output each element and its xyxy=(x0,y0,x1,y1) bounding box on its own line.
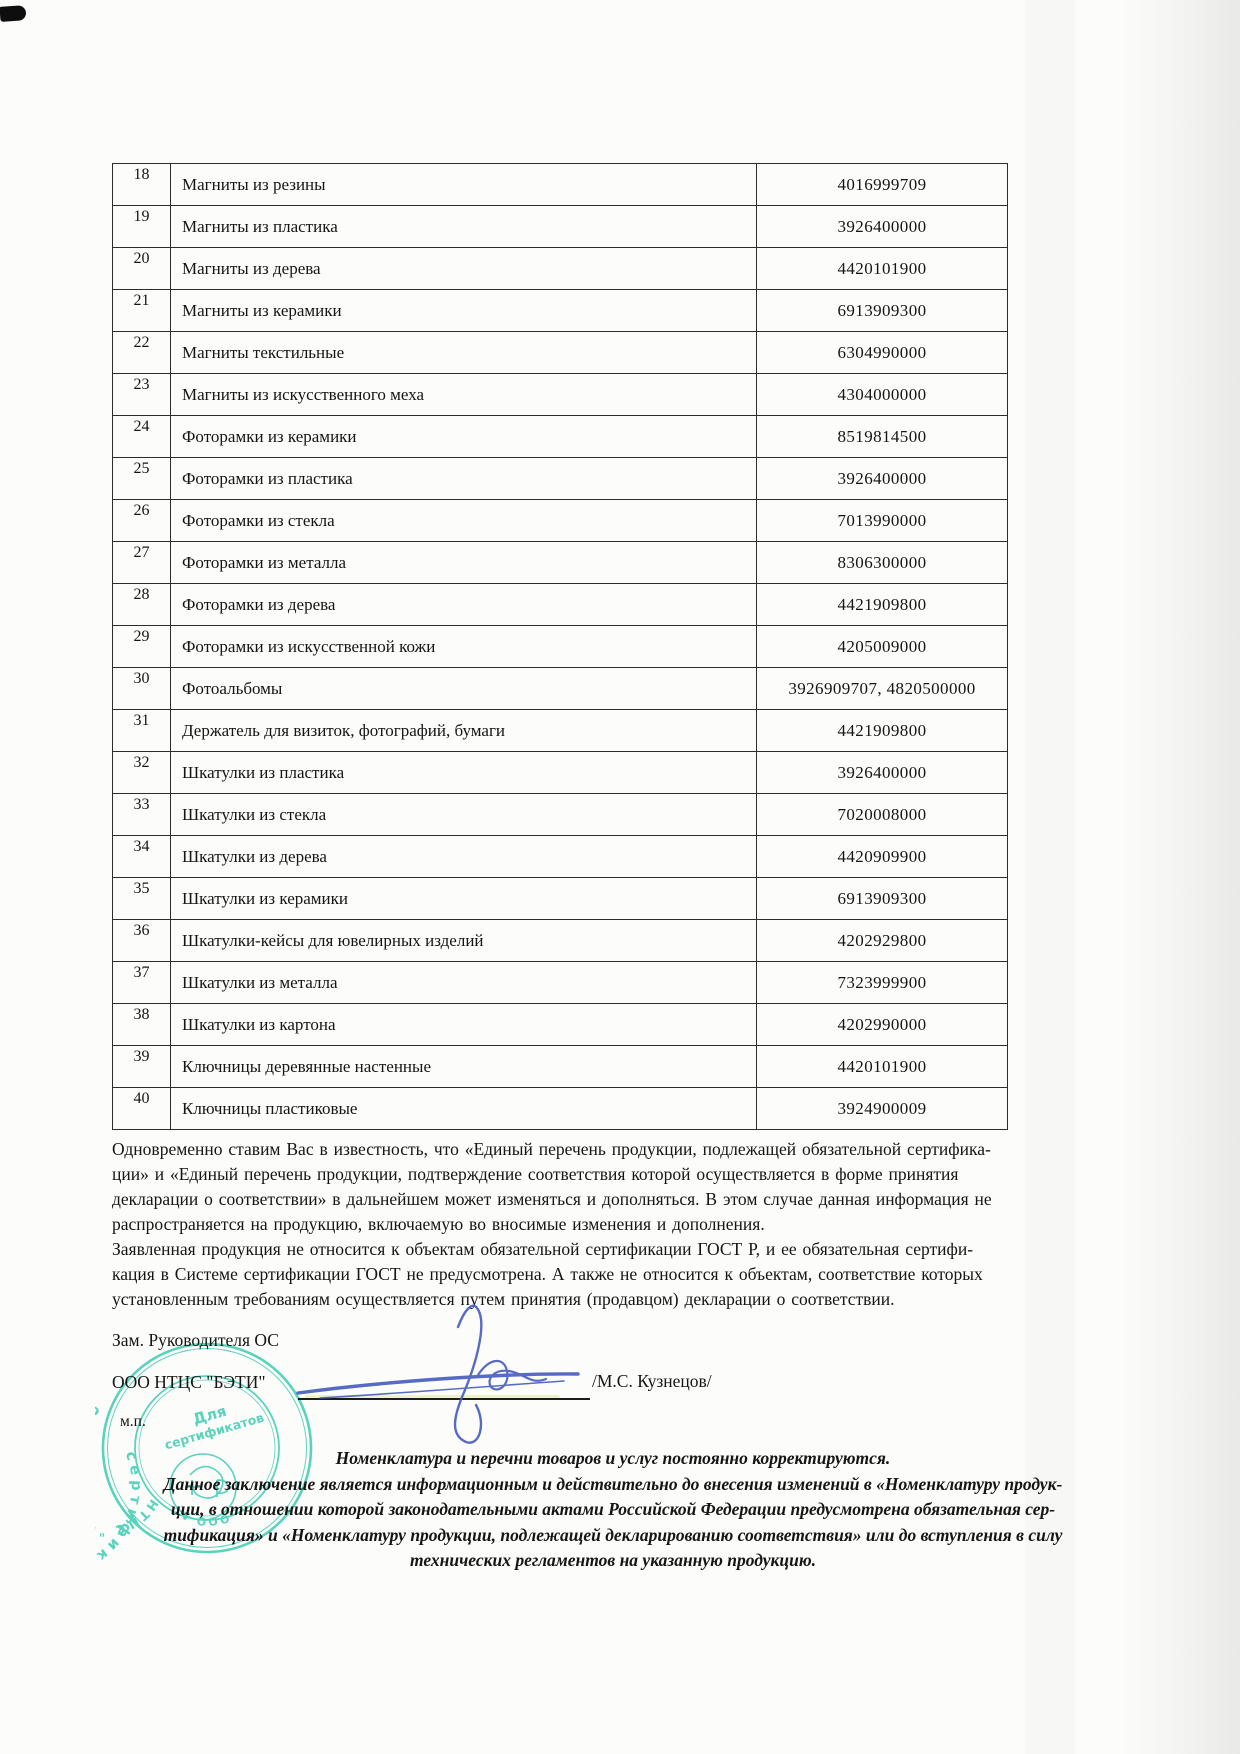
table-row: 28Фоторамки из дерева4421909800 xyxy=(113,584,1008,626)
text-line: декларации о соответствии» в дальнейшем … xyxy=(112,1187,1112,1212)
cell-name: Шкатулки из металла xyxy=(171,962,757,1004)
table-row: 20Магниты из дерева4420101900 xyxy=(113,248,1008,290)
stamp-middle-ring-inner xyxy=(139,1380,275,1516)
cell-code: 4202990000 xyxy=(757,1004,1008,1046)
table-row: 29Фоторамки из искусственной кожи4205009… xyxy=(113,626,1008,668)
cell-num: 18 xyxy=(113,164,171,206)
cell-num: 30 xyxy=(113,668,171,710)
stamp-emblem-circle xyxy=(170,1454,236,1520)
cell-name: Магниты из пластика xyxy=(171,206,757,248)
table-row: 21Магниты из керамики6913909300 xyxy=(113,290,1008,332)
cell-name: Магниты текстильные xyxy=(171,332,757,374)
cell-num: 40 xyxy=(113,1088,171,1130)
cell-name: Шкатулки-кейсы для ювелирных изделий xyxy=(171,920,757,962)
text-line: распространяется на продукцию, включаему… xyxy=(112,1212,1112,1237)
cell-code: 3926400000 xyxy=(757,752,1008,794)
cell-code: 8519814500 xyxy=(757,416,1008,458)
cell-code: 4420909900 xyxy=(757,836,1008,878)
stamp-bottom-text: • ООО • xyxy=(179,1504,249,1529)
cell-name: Шкатулки из керамики xyxy=(171,878,757,920)
cell-num: 34 xyxy=(113,836,171,878)
text-line: ции» и «Единый перечень продукции, подтв… xyxy=(112,1162,1112,1187)
table-row: 30Фотоальбомы3926909707, 4820500000 xyxy=(113,668,1008,710)
signature-echo-stroke xyxy=(320,1381,564,1398)
cell-code: 4421909800 xyxy=(757,584,1008,626)
cell-num: 22 xyxy=(113,332,171,374)
cell-code: 4420101900 xyxy=(757,1046,1008,1088)
cell-name: Ключницы пластиковые xyxy=(171,1088,757,1130)
text-line: Одновременно ставим Вас в известность, ч… xyxy=(112,1137,1112,1162)
cell-name: Фоторамки из искусственной кожи xyxy=(171,626,757,668)
cell-num: 26 xyxy=(113,500,171,542)
table-row: 40Ключницы пластиковые3924900009 xyxy=(113,1088,1008,1130)
cell-code: 6304990000 xyxy=(757,332,1008,374)
cell-code: 4304000000 xyxy=(757,374,1008,416)
cell-name: Фоторамки из металла xyxy=(171,542,757,584)
product-codes-table: 18Магниты из резины401699970919Магниты и… xyxy=(112,163,1008,1130)
cell-name: Магниты из дерева xyxy=(171,248,757,290)
cell-code: 4420101900 xyxy=(757,248,1008,290)
cell-code: 7013990000 xyxy=(757,500,1008,542)
cell-name: Магниты из керамики xyxy=(171,290,757,332)
scan-shadow-right xyxy=(1120,0,1240,1754)
cell-name: Шкатулки из стекла xyxy=(171,794,757,836)
cell-code: 3926400000 xyxy=(757,206,1008,248)
cell-num: 19 xyxy=(113,206,171,248)
cell-name: Магниты из искусственного меха xyxy=(171,374,757,416)
cell-num: 37 xyxy=(113,962,171,1004)
cell-name: Фотоальбомы xyxy=(171,668,757,710)
cell-code: 3924900009 xyxy=(757,1088,1008,1130)
table-row: 35Шкатулки из керамики6913909300 xyxy=(113,878,1008,920)
table-row: 24Фоторамки из керамики8519814500 xyxy=(113,416,1008,458)
table-row: 39Ключницы деревянные настенные442010190… xyxy=(113,1046,1008,1088)
cell-num: 23 xyxy=(113,374,171,416)
table-row: 38Шкатулки из картона4202990000 xyxy=(113,1004,1008,1046)
cell-name: Фоторамки из пластика xyxy=(171,458,757,500)
scan-artifact-mark xyxy=(0,5,26,22)
cell-num: 27 xyxy=(113,542,171,584)
certification-notes: Одновременно ставим Вас в известность, ч… xyxy=(112,1137,1112,1312)
table-row: 26Фоторамки из стекла7013990000 xyxy=(113,500,1008,542)
cell-num: 32 xyxy=(113,752,171,794)
table-row: 18Магниты из резины4016999709 xyxy=(113,164,1008,206)
table-row: 27Фоторамки из металла8306300000 xyxy=(113,542,1008,584)
cell-num: 24 xyxy=(113,416,171,458)
cell-code: 8306300000 xyxy=(757,542,1008,584)
cell-num: 21 xyxy=(113,290,171,332)
text-line: кация в Системе сертификации ГОСТ не пре… xyxy=(112,1262,1112,1287)
table-row: 32Шкатулки из пластика3926400000 xyxy=(113,752,1008,794)
cell-name: Фоторамки из керамики xyxy=(171,416,757,458)
table-row: 22Магниты текстильные6304990000 xyxy=(113,332,1008,374)
cell-code: 7020008000 xyxy=(757,794,1008,836)
table-row: 37Шкатулки из металла7323999900 xyxy=(113,962,1008,1004)
text-line: установленным требованиям осуществляется… xyxy=(112,1287,1112,1312)
handwritten-signature xyxy=(280,1295,600,1460)
cell-name: Шкатулки из дерева xyxy=(171,836,757,878)
cell-code: 4421909800 xyxy=(757,710,1008,752)
cell-name: Шкатулки из картона xyxy=(171,1004,757,1046)
cell-code: 7323999900 xyxy=(757,962,1008,1004)
cell-num: 33 xyxy=(113,794,171,836)
cell-num: 28 xyxy=(113,584,171,626)
cell-name: Фоторамки из дерева xyxy=(171,584,757,626)
table-row: 23Магниты из искусственного меха43040000… xyxy=(113,374,1008,416)
cell-num: 25 xyxy=(113,458,171,500)
cell-num: 38 xyxy=(113,1004,171,1046)
cell-code: 4016999709 xyxy=(757,164,1008,206)
signer-name: /М.С. Кузнецов/ xyxy=(592,1371,712,1392)
cell-code: 3926400000 xyxy=(757,458,1008,500)
table-row: 34Шкатулки из дерева4420909900 xyxy=(113,836,1008,878)
cell-name: Магниты из резины xyxy=(171,164,757,206)
text-line: Заявленная продукция не относится к объе… xyxy=(112,1237,1112,1262)
table-row: 36Шкатулки-кейсы для ювелирных изделий42… xyxy=(113,920,1008,962)
cell-code: 4202929800 xyxy=(757,920,1008,962)
cell-num: 39 xyxy=(113,1046,171,1088)
table-row: 25Фоторамки из пластика3926400000 xyxy=(113,458,1008,500)
cell-name: Фоторамки из стекла xyxy=(171,500,757,542)
table-row: 31Держатель для визиток, фотографий, бум… xyxy=(113,710,1008,752)
cell-code: 6913909300 xyxy=(757,290,1008,332)
table-row: 19Магниты из пластика3926400000 xyxy=(113,206,1008,248)
cell-num: 29 xyxy=(113,626,171,668)
cell-name: Ключницы деревянные настенные xyxy=(171,1046,757,1088)
cell-code: 6913909300 xyxy=(757,878,1008,920)
cell-num: 36 xyxy=(113,920,171,962)
scanned-document-page: 18Магниты из резины401699970919Магниты и… xyxy=(0,0,1240,1754)
cell-num: 35 xyxy=(113,878,171,920)
stamp-emblem-cross xyxy=(185,1480,200,1495)
product-codes-table-body: 18Магниты из резины401699970919Магниты и… xyxy=(113,164,1008,1130)
cell-code: 4205009000 xyxy=(757,626,1008,668)
table-row: 33Шкатулки из стекла7020008000 xyxy=(113,794,1008,836)
cell-num: 20 xyxy=(113,248,171,290)
cell-name: Держатель для визиток, фотографий, бумаг… xyxy=(171,710,757,752)
cell-num: 31 xyxy=(113,710,171,752)
cell-code: 3926909707, 4820500000 xyxy=(757,668,1008,710)
cell-name: Шкатулки из пластика xyxy=(171,752,757,794)
